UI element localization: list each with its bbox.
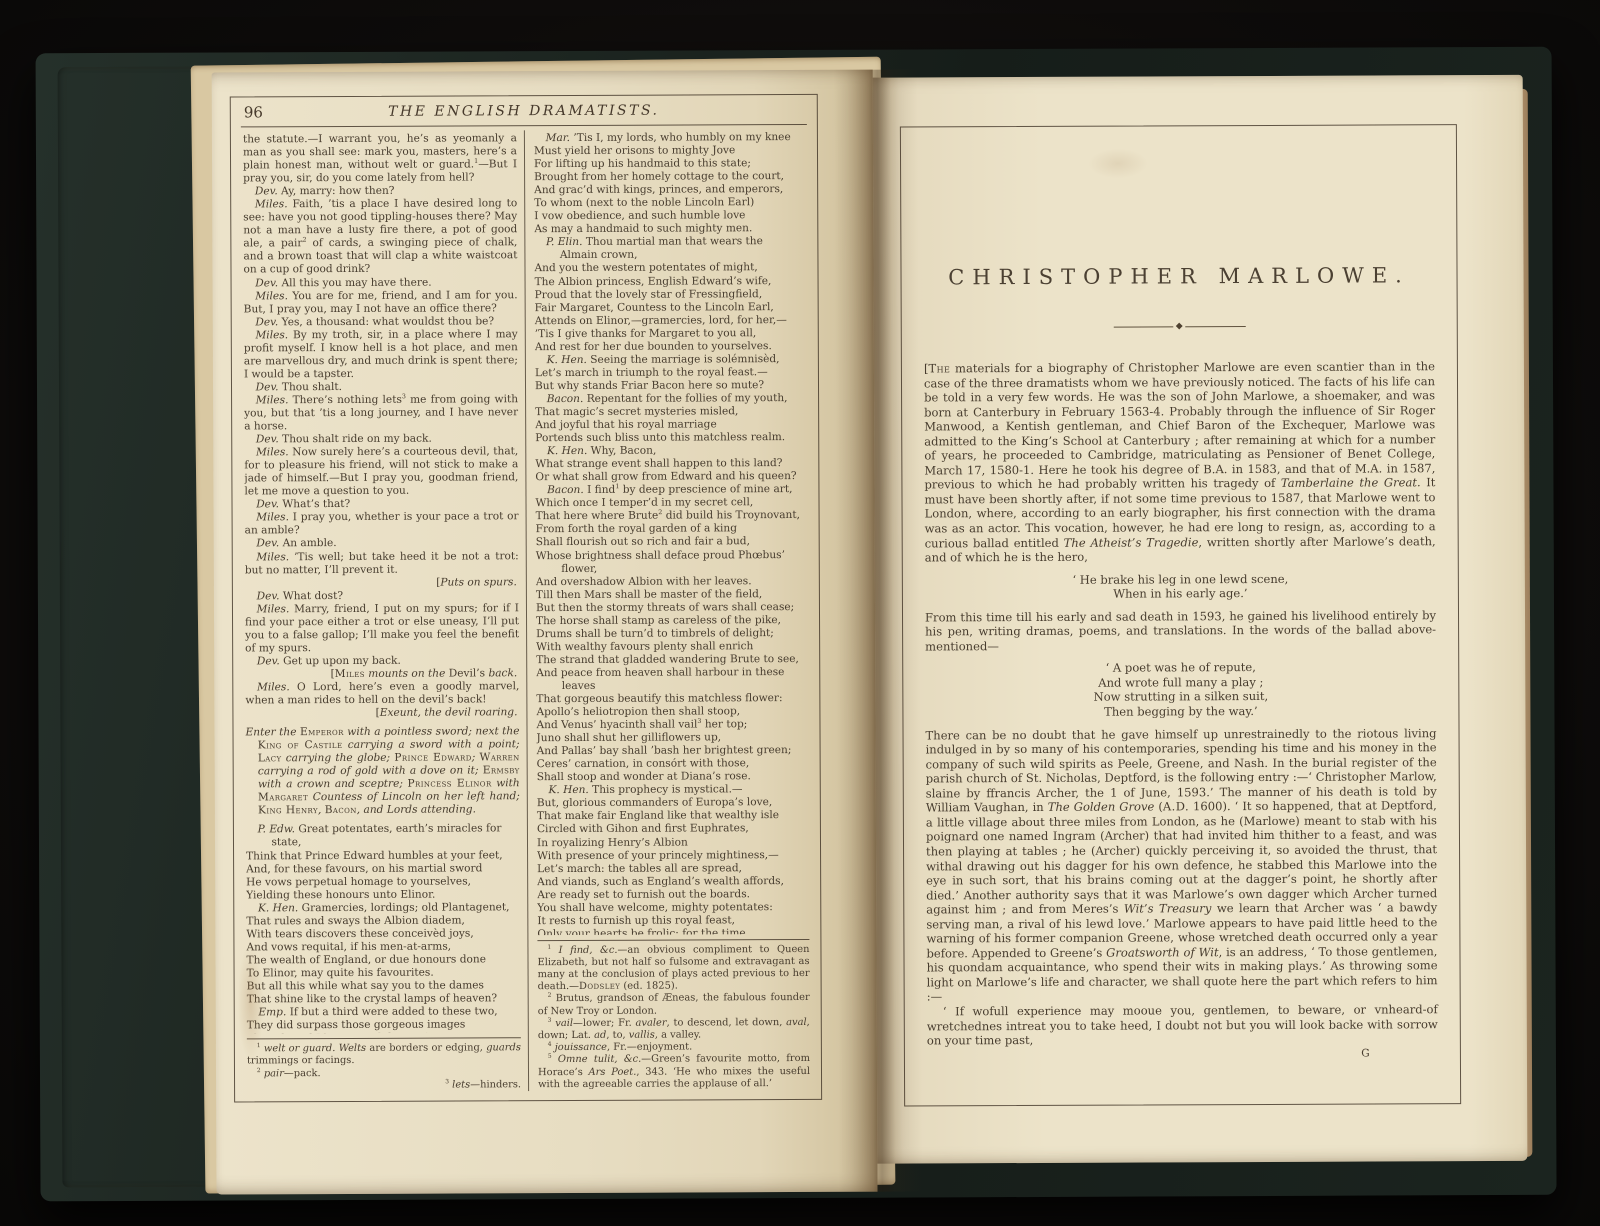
text-line: Dev. Get up upon my back.	[245, 654, 519, 668]
text-column-2: Mar. ’Tis I, my lords, who humbly on my …	[524, 129, 811, 1091]
footnote-rule	[247, 1037, 521, 1039]
text-line: And, for these favours, on his martial s…	[246, 862, 520, 876]
text-line: Apollo’s heliotropion then shall stoop,	[536, 705, 808, 719]
text-line: But, glorious commanders of Europa’s lov…	[537, 796, 809, 810]
text-line: As may a handmaid to such mighty men.	[534, 222, 806, 236]
text-line: K. Hen. Why, Bacon,	[535, 444, 807, 458]
text-line: Miles. Marry, friend, I put on my spurs;…	[245, 602, 519, 655]
text-line: The horse shall stamp as careless of the…	[536, 614, 808, 628]
text-line: And Venus’ hyacinth shall vail3 her top;	[536, 718, 808, 732]
text-line: From this time till his early and sad de…	[925, 608, 1436, 654]
text-line: Yielding these honours unto Elinor.	[246, 888, 520, 902]
text-line: He vows perpetual homage to yourselves,	[246, 875, 520, 889]
text-line: Emp. If but a third were added to these …	[247, 1005, 521, 1019]
text-line: Dev. What’s that?	[244, 498, 518, 512]
text-line: The wealth of England, or due honours do…	[246, 953, 520, 967]
text-line: Till then Mars shall be master of the fi…	[536, 588, 808, 602]
text-line: state,	[246, 836, 520, 850]
text-line: It rests to furnish up this royal feast,	[537, 914, 809, 928]
text-line: Almain crown,	[534, 248, 806, 262]
text-line: With presence of your princely mightines…	[537, 849, 809, 863]
text-line: They did surpass those gorgeous images	[247, 1018, 521, 1032]
text-line: [The materials for a biography of Christ…	[924, 359, 1436, 565]
text-line: Bacon. I find1 by deep prescience of min…	[535, 483, 807, 497]
footnote-lines: 1 I find, &c.—an obvious compliment to Q…	[537, 944, 810, 1092]
text-line: And rest for her due bounden to yourselv…	[535, 340, 807, 354]
text-line: And joyful that his royal marriage	[535, 418, 807, 432]
text-line: From forth the royal garden of a king	[536, 522, 808, 536]
column-2-footnotes: 1 I find, &c.—an obvious compliment to Q…	[537, 934, 810, 1092]
text-line: [Puts on spurs.	[245, 576, 519, 590]
text-line: With tears discovers these conceivèd joy…	[246, 927, 520, 941]
text-line: flower,	[536, 562, 808, 576]
chapter-body: [The materials for a biography of Christ…	[924, 359, 1438, 1048]
footnote-rule	[537, 939, 809, 941]
column-2-content: Mar. ’Tis I, my lords, who humbly on my …	[534, 131, 809, 935]
text-line: Drums shall be turn’d to timbrels of del…	[536, 627, 808, 641]
text-line: 1 welt or guard. Welts are borders or ed…	[247, 1042, 521, 1068]
text-line: Miles. Faith, ’tis a place I have desire…	[243, 197, 517, 276]
text-line: With wealthy favours plenty shall enrich	[536, 640, 808, 654]
text-line: Let’s march in triumph to the royal feas…	[535, 366, 807, 380]
text-line: K. Hen. This prophecy is mystical.—	[537, 783, 809, 797]
text-line: You shall have welcome, mighty potentate…	[537, 901, 809, 915]
text-line: Miles. I pray you, whether is your pace …	[245, 511, 519, 538]
text-line: Must yield her orisons to mighty Jove	[534, 144, 806, 158]
left-page: 96 THE ENGLISH DRAMATISTS. the statute.—…	[212, 70, 878, 1195]
text-line: Circled with Gihon and first Euphrates,	[537, 822, 809, 836]
text-line: What strange event shall happen to this …	[535, 457, 807, 471]
text-line: The strand that gladded wandering Brute …	[536, 653, 808, 667]
text-line: leaves	[536, 679, 808, 693]
text-line: That magic’s secret mysteries misled,	[535, 405, 807, 419]
text-column-1: the statute.—I warrant you, he’s as yeom…	[241, 130, 528, 1092]
text-line: Dev. Thou shalt.	[244, 380, 518, 394]
text-line: I vow obedience, and such humble love	[534, 209, 806, 223]
text-line: And overshadow Albion with her leaves.	[536, 575, 808, 589]
chapter-title: CHRISTOPHER MARLOWE.	[923, 263, 1434, 289]
text-line: And grac’d with kings, princes, and empe…	[534, 183, 806, 197]
right-page-frame: CHRISTOPHER MARLOWE. ◆ [The materials fo…	[900, 124, 1461, 1106]
text-line: Dev. An amble.	[245, 537, 519, 551]
text-line: Whose brightness shall deface proud Phœb…	[536, 548, 808, 562]
text-line: Dev. All this you may have there.	[244, 276, 518, 290]
text-line: P. Edw. Great potentates, earth’s miracl…	[246, 823, 520, 837]
text-line: And viands, such as England’s wealth aff…	[537, 875, 809, 889]
text-line: 5 Omne tulit, &c.—Green’s favourite mott…	[538, 1053, 810, 1091]
diamond-icon: ◆	[1173, 319, 1186, 334]
footnote-lines: 1 welt or guard. Welts are borders or ed…	[247, 1042, 521, 1092]
text-line: There can be no doubt that he gave himse…	[926, 726, 1438, 1005]
text-line: The Albion princess, English Edward’s wi…	[535, 274, 807, 288]
text-line: To Elinor, may quite his favourites.	[247, 966, 521, 980]
text-line: Bacon. Repentant for the follies of my y…	[535, 392, 807, 406]
text-line: That make fair England like that wealthy…	[537, 809, 809, 823]
column-1-footnotes: 1 welt or guard. Welts are borders or ed…	[247, 1032, 521, 1092]
printer-signature: G	[927, 1047, 1438, 1061]
text-line: Enter the Emperor with a pointless sword…	[245, 725, 519, 818]
text-line: Mar. ’Tis I, my lords, who humbly on my …	[534, 131, 806, 145]
text-line: In royalizing Henry’s Albion	[537, 835, 809, 849]
text-line: That gorgeous beautify this matchless fl…	[536, 692, 808, 706]
text-line: Miles. By my troth, sir, in a place wher…	[244, 328, 518, 381]
text-line: Attends on Elinor,—gramercies, lord, for…	[535, 314, 807, 328]
text-line: 3 lets—hinders.	[247, 1079, 521, 1092]
text-line: Fair Margaret, Countess to the Lincoln E…	[535, 301, 807, 315]
text-line: That rules and sways the Albion diadem,	[246, 914, 520, 928]
text-line: Dev. Thou shalt ride on my back.	[244, 432, 518, 446]
text-line: Are ready set to furnish out the boards.	[537, 888, 809, 902]
text-line: And peace from heaven shall harbour in t…	[536, 666, 808, 680]
text-line: But why stands Friar Bacon here so mute?	[535, 379, 807, 393]
left-page-frame: 96 THE ENGLISH DRAMATISTS. the statute.—…	[230, 94, 822, 1103]
text-line: But then the stormy threats of wars shal…	[536, 601, 808, 615]
text-line: That shine like to the crystal lamps of …	[247, 992, 521, 1006]
text-line: the statute.—I warrant you, he’s as yeom…	[243, 132, 517, 185]
text-line: 1 I find, &c.—an obvious compliment to Q…	[537, 944, 809, 994]
text-line: Dev. Yes, a thousand: what wouldst thou …	[244, 315, 518, 329]
two-column-text: the statute.—I warrant you, he’s as yeom…	[241, 129, 811, 1092]
text-line: That here where Brute2 did build his Tro…	[536, 509, 808, 523]
text-line: 3 vail—lower; Fr. avaler, to descend, le…	[538, 1017, 810, 1043]
text-line: Shall stoop and wonder at Diana’s rose.	[537, 770, 809, 784]
text-line: Brought from her homely cottage to the c…	[534, 170, 806, 184]
text-line: K. Hen. Gramercies, lordings; old Planta…	[246, 901, 520, 915]
right-page: CHRISTOPHER MARLOWE. ◆ [The materials fo…	[873, 75, 1528, 1164]
running-head-title: THE ENGLISH DRAMATISTS.	[241, 100, 807, 120]
text-line: For lifting up his handmaid to this stat…	[534, 157, 806, 171]
text-line: Juno shall shut her gilliflowers up,	[537, 731, 809, 745]
text-line: Miles. You are for me, friend, and I am …	[244, 289, 518, 316]
ornament-divider: ◆	[1113, 322, 1245, 333]
page-number: 96	[244, 103, 263, 121]
text-line: And vows requital, if his men-at-arms,	[246, 940, 520, 954]
text-line: K. Hen. Seeing the marriage is solémnisè…	[535, 353, 807, 367]
text-line: Miles. O Lord, here’s even a goodly marv…	[245, 680, 519, 707]
text-line: [Miles mounts on the Devil’s back.	[245, 667, 519, 681]
text-line: ’Tis I give thanks for Margaret to you a…	[535, 327, 807, 341]
text-line: P. Elin. Thou martial man that wears the	[534, 235, 806, 249]
column-1-content: the statute.—I warrant you, he’s as yeom…	[243, 132, 521, 1033]
text-line: Proud that the lovely star of Fressingfi…	[535, 288, 807, 302]
text-line: ‘ If wofull experience may mooue you, ge…	[927, 1002, 1438, 1048]
text-line: Miles. Now surely here’s a courteous dev…	[244, 445, 518, 498]
text-line: Let’s march: the tables all are spread,	[537, 862, 809, 876]
text-line: Shall flourish out so rich and fair a bu…	[536, 535, 808, 549]
text-line: And you the western potentates of might,	[534, 261, 806, 275]
text-line: To whom (next to the noble Lincoln Earl)	[534, 196, 806, 210]
text-line: Miles. ’Tis well; but take heed it be no…	[245, 550, 519, 577]
running-head: 96 THE ENGLISH DRAMATISTS.	[241, 100, 807, 127]
text-line: And Pallas’ bay shall ’bash her brightes…	[537, 744, 809, 758]
text-line: Dev. What dost?	[245, 589, 519, 603]
text-line: [Exeunt, the devil roaring.	[245, 706, 519, 720]
text-line: Dev. Ay, marry: how then?	[243, 184, 517, 198]
text-line: Think that Prince Edward humbles at your…	[246, 849, 520, 863]
photo-background: { "scene": { "background_color": "#0e0c0…	[0, 0, 1600, 1226]
text-line: Ceres’ carnation, in consórt with those,	[537, 757, 809, 771]
text-line: Portends such bliss unto this matchless …	[535, 431, 807, 445]
open-book: 96 THE ENGLISH DRAMATISTS. the statute.—…	[0, 0, 1600, 1226]
text-line: Miles. There’s nothing lets3 me from goi…	[244, 393, 518, 433]
text-line: But all this while what say you to the d…	[247, 979, 521, 993]
text-line: 2 Brutus, grandson of Æneas, the fabulou…	[538, 992, 810, 1018]
